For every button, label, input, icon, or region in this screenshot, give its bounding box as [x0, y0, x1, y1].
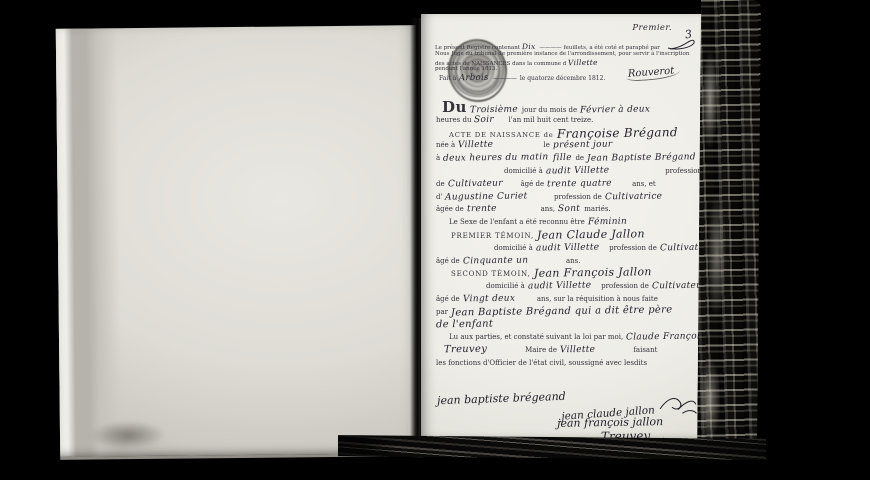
handwritten-entry: de l'enfant — [436, 318, 493, 332]
printed-form-text: jour du mois de — [522, 106, 577, 114]
printed-form-text: domicilié à — [504, 167, 543, 175]
printed-form-text: profession de — [601, 282, 649, 290]
text-line: Le présent Registre contenantDix————feui… — [435, 43, 701, 51]
handwritten-entry: Dix — [522, 43, 536, 51]
text-line: d'Augustine Curietprofession deCultivatr… — [436, 191, 698, 204]
printed-form-text: ans. — [566, 257, 581, 265]
handwritten-entry: Jean François Jallon — [533, 267, 651, 281]
stacked-page-edges-bottom — [338, 435, 766, 460]
text-line: Le Sexe de l'enfant a été reconnu êtreFé… — [449, 216, 698, 229]
text-line: àdeux heures du matinfilledeJean Baptist… — [436, 152, 698, 165]
printed-form-text: profession de — [554, 193, 602, 201]
printed-form-text: profession — [665, 167, 702, 175]
folio-label: Premier. — [632, 23, 672, 33]
printed-form-text: ans, sur la réquisition à nous faite — [537, 295, 658, 303]
printed-form-text: domicilié à — [494, 244, 533, 252]
printed-form-text: ans, et — [632, 180, 656, 188]
handwritten-entry: Françoise Brégand — [557, 126, 678, 140]
handwritten-entry: Jean Baptiste Brégand qui a dit être pèr… — [451, 304, 673, 320]
blank-form-space — [532, 262, 566, 263]
text-line: Fait àArbois————le quatorze décembre 181… — [439, 74, 608, 83]
printed-form-text: mariés. — [584, 205, 610, 213]
printed-form-text: domicilié à — [486, 282, 525, 290]
handwritten-entry: Jean Claude Jallon — [537, 228, 645, 242]
blank-form-space — [491, 351, 525, 352]
text-line: Lu aux parties, et constaté suivant la l… — [449, 331, 698, 344]
handwritten-entry: Cinquante un — [463, 254, 528, 268]
printed-form-text: de — [575, 154, 584, 162]
blank-form-space — [599, 351, 633, 352]
handwritten-entry: Augustine Curiet — [445, 190, 528, 204]
signature-flourish-icon — [657, 392, 699, 419]
text-line: domicilié àaudit Villetteprofession deCu… — [486, 280, 698, 293]
birth-act-body: DuTroisièmejour du mois deFévrier à deux… — [436, 101, 698, 370]
text-line: deCultivateurâgé detrente quatreans, et — [436, 178, 698, 191]
printed-form-text: le quatorze décembre 1812. — [520, 75, 606, 82]
handwritten-entry: trente quatre — [547, 177, 612, 191]
printed-form-text: ans, — [541, 205, 556, 213]
text-line: PREMIER TÉMOIN,Jean Claude Jallon — [451, 229, 698, 242]
printed-form-text: Maire de — [525, 346, 557, 354]
blank-form-space — [519, 300, 537, 301]
certification-date-line: Fait àArbois————le quatorze décembre 181… — [439, 74, 608, 83]
blank-form-space — [506, 185, 520, 186]
handwritten-entry: Villette — [458, 139, 493, 152]
printed-form-text: âgé de — [520, 180, 544, 188]
handwritten-entry: Vingt deux — [463, 293, 515, 307]
text-line: DuTroisièmejour du mois deFévrier à deux — [442, 101, 698, 114]
left-page-blank — [56, 25, 420, 460]
printed-form-text: âgé de — [436, 295, 460, 303]
printed-form-text: profession de — [609, 244, 657, 252]
text-line: de l'enfant — [436, 319, 698, 332]
handwritten-entry: deux heures du matin — [443, 151, 549, 165]
text-line: née àVilletteleprésent jour — [436, 139, 698, 152]
printed-form-text: pendant l'année 1813. — [435, 66, 497, 72]
blank-form-space — [498, 121, 508, 122]
printed-form-text: Lu aux parties, et constaté suivant la l… — [449, 333, 623, 341]
handwritten-entry: audit Villette — [536, 241, 600, 255]
text-line: âgée detrenteans,Sontmariés. — [436, 203, 698, 216]
printed-form-text: ———— — [493, 75, 517, 82]
blank-form-space — [532, 198, 554, 199]
blank-form-space — [501, 210, 541, 211]
handwritten-entry: Villette — [560, 344, 595, 357]
text-line: ACTE DE NAISSANCE deFrançoise Brégand — [449, 127, 698, 140]
text-line: domicilié àaudit Villetteprofession — [504, 165, 698, 178]
printed-form-text: d' — [436, 193, 442, 201]
handwritten-entry: Soir — [474, 114, 494, 127]
text-line: domicilié àaudit Villetteprofession deCu… — [494, 242, 698, 255]
printed-form-text: les fonctions d'Officier de l'état civil… — [436, 359, 647, 367]
blank-form-space — [497, 146, 543, 147]
signature-father: jean baptiste brégeand — [437, 390, 566, 407]
printed-form-text: née à — [436, 141, 455, 149]
handwritten-entry: Treuvey — [444, 344, 487, 357]
handwritten-entry: audit Villette — [528, 280, 592, 294]
handwritten-entry: Cultivatrice — [605, 190, 662, 204]
printed-form-text: SECOND TÉMOIN, — [451, 270, 531, 278]
printed-form-text: heures du — [436, 116, 471, 124]
printed-form-text: faisant — [633, 346, 657, 354]
handwritten-entry: Cultivateur — [448, 177, 503, 191]
handwritten-entry: Jean Baptiste Brégand — [587, 151, 696, 165]
handwritten-entry: présent jour — [553, 139, 613, 153]
printed-form-text: âgée de — [436, 205, 464, 213]
judge-signature: Rouverot — [626, 65, 681, 82]
printed-form-text: PREMIER TÉMOIN, — [451, 232, 534, 240]
printed-form-text: par — [436, 308, 448, 316]
blank-form-space — [613, 172, 665, 173]
signature-witness-2: jean françois jallon — [557, 415, 663, 430]
register-scan: Premier. 3 Le présent Registre contenant… — [0, 0, 870, 480]
printed-form-text: ACTE DE NAISSANCE de — [449, 131, 554, 139]
text-line: SECOND TÉMOIN,Jean François Jallon — [451, 267, 698, 280]
handwritten-entry: Sont — [558, 203, 580, 216]
text-line: TreuveyMaire deVillettefaisant — [444, 344, 698, 357]
handwritten-entry: Février à deux — [580, 104, 650, 118]
blank-form-space — [616, 185, 632, 186]
printed-form-text: Nous Juge du tribunal de première instan… — [435, 51, 689, 57]
handwritten-entry: Arbois — [459, 74, 489, 83]
handwritten-entry: audit Villette — [546, 165, 610, 179]
right-page: Premier. 3 Le présent Registre contenant… — [421, 14, 708, 440]
handwritten-entry: Villette — [568, 58, 598, 66]
printed-form-text: âgé de — [436, 257, 460, 265]
printed-form-text: Le Sexe de l'enfant a été reconnu être — [449, 218, 585, 226]
handwritten-entry: trente — [467, 203, 497, 216]
printed-form-text: à — [436, 154, 440, 162]
handwritten-entry: fille — [553, 152, 572, 165]
text-line: les fonctions d'Officier de l'état civil… — [436, 357, 698, 370]
stacked-page-edges-right — [697, 0, 761, 459]
text-line: parJean Baptiste Brégand qui a dit être … — [436, 306, 698, 319]
printed-form-text: Fait à — [439, 75, 456, 82]
printed-form-text: le — [543, 141, 549, 149]
printed-form-text: de — [436, 180, 445, 188]
handwritten-entry: Claude François — [626, 331, 705, 345]
